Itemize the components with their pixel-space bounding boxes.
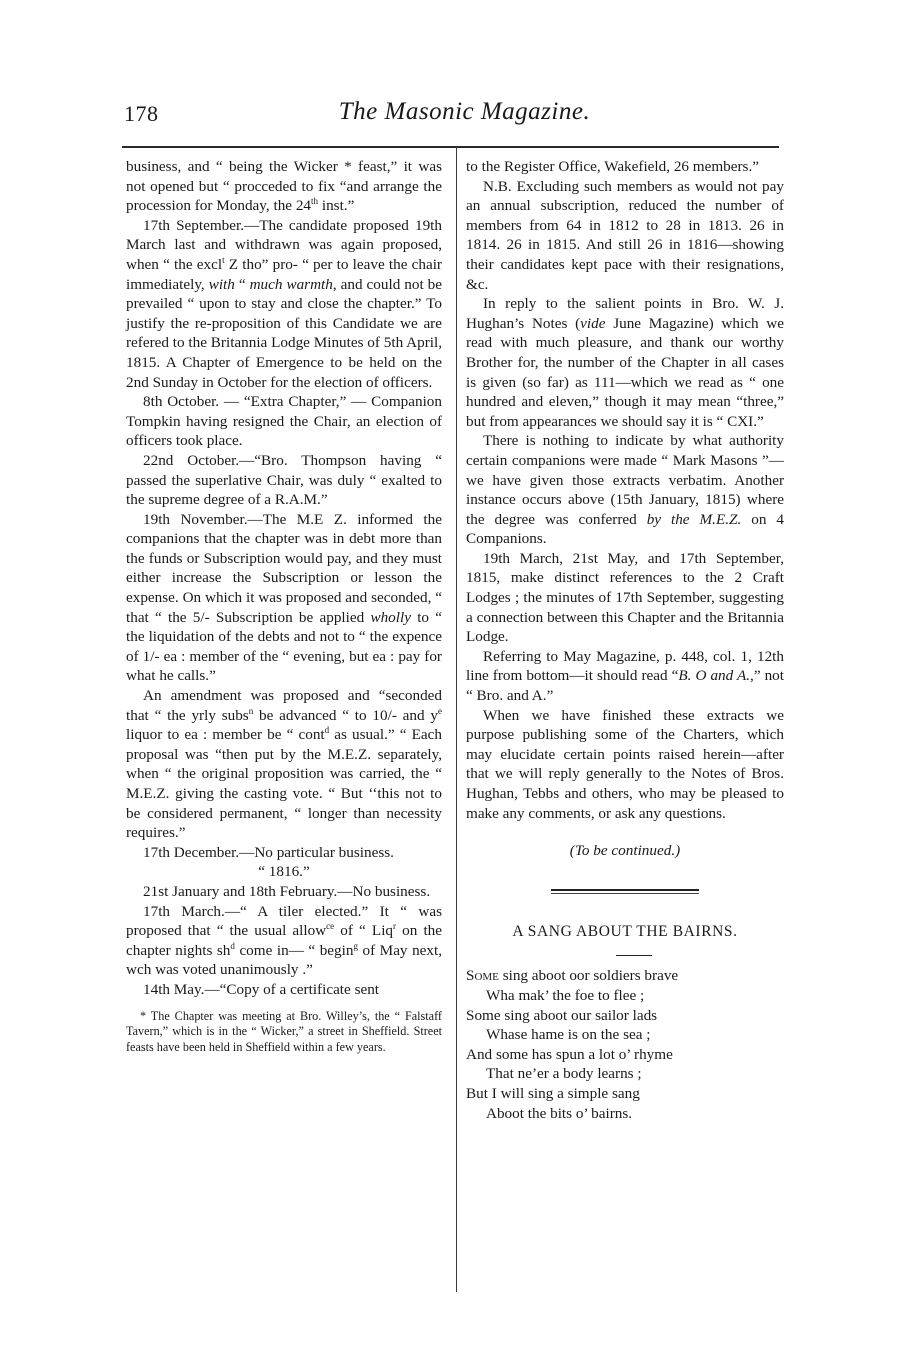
text-run: be advanced “ to 10/- and y [253,707,438,724]
paragraph: When we have finished these extracts we … [466,706,784,824]
text-run: sing aboot oor soldiers brave [499,967,678,984]
superscript: e [438,706,442,716]
italic-text: vide [580,315,605,332]
paragraph: 8th October. — “Extra Chapter,” — Compan… [126,392,442,451]
text-run: “ [235,276,250,293]
poem-line: Aboot the bits o’ bairns. [466,1104,784,1124]
poem-title: A SANG ABOUT THE BAIRNS. [466,922,784,942]
paragraph: 22nd October.—“Bro. Thompson having “ pa… [126,451,442,510]
title-short-rule [616,955,652,956]
paragraph: 19th November.—The M.E Z. informed the c… [126,510,442,686]
footnote: * The Chapter was meeting at Bro. Willey… [126,1009,442,1056]
paragraph: business, and “ being the Wicker * feast… [126,157,442,216]
text-run: business, and “ being the Wicker * feast… [126,158,442,214]
text-run: come in— “ begin [235,942,354,959]
poem-line: That ne’er a body learns ; [466,1064,784,1084]
paragraph: 19th March, 21st May, and 17th September… [466,549,784,647]
poem-line: Some sing aboot oor soldiers brave [466,966,784,986]
superscript: ce [326,921,334,931]
paragraph: 17th March.—“ A tiler elected.” It “ was… [126,902,442,980]
poem-line: And some has spun a lot o’ rhyme [466,1045,784,1065]
italic-text: with [209,276,235,293]
left-column: business, and “ being the Wicker * feast… [126,157,442,1055]
paragraph: An amendment was proposed and “seconded … [126,686,442,843]
text-run: of “ Liq [334,922,393,939]
text-run: inst.” [318,197,354,214]
text-run: liquor to ea : member be “ cont [126,726,325,743]
footnote-separator [126,1000,442,1009]
header-rule [122,146,779,148]
paragraph: N.B. Excluding such members as would not… [466,177,784,295]
poem-line: But I will sing a simple sang [466,1084,784,1104]
paragraph: to the Register Office, Wakefield, 26 me… [466,157,784,177]
italic-text: by the M.E.Z. [647,511,742,528]
italic-text: B. O and A. [678,667,750,684]
year-heading: “ 1816.” [126,862,442,882]
poem-line: Whase hame is on the sea ; [466,1025,784,1045]
text-run: as usual.” “ Each proposal was “then put… [126,726,442,841]
to-be-continued: (To be continued.) [466,841,784,861]
paragraph: There is nothing to indicate by what aut… [466,431,784,549]
right-column: to the Register Office, Wakefield, 26 me… [466,157,784,1123]
paragraph: 14th May.—“Copy of a certificate sent [126,980,442,1000]
italic-text: much warmth [250,276,333,293]
paragraph: 21st January and 18th February.—No busin… [126,882,442,902]
italic-text: wholly [370,609,411,626]
running-title: The Masonic Magazine. [0,98,899,126]
column-divider [456,146,457,1292]
poem: Some sing aboot oor soldiers brave Wha m… [466,966,784,1123]
paragraph: Referring to May Magazine, p. 448, col. … [466,647,784,706]
paragraph: 17th December.—No particular business. [126,843,442,863]
section-double-rule [551,889,699,894]
drop-word: Some [466,967,499,984]
superscript: th [311,196,318,206]
poem-line: Some sing aboot our sailor lads [466,1006,784,1026]
paragraph: 17th September.—The candidate proposed 1… [126,216,442,392]
poem-line: Wha mak’ the foe to flee ; [466,986,784,1006]
paragraph: In reply to the salient points in Bro. W… [466,294,784,431]
